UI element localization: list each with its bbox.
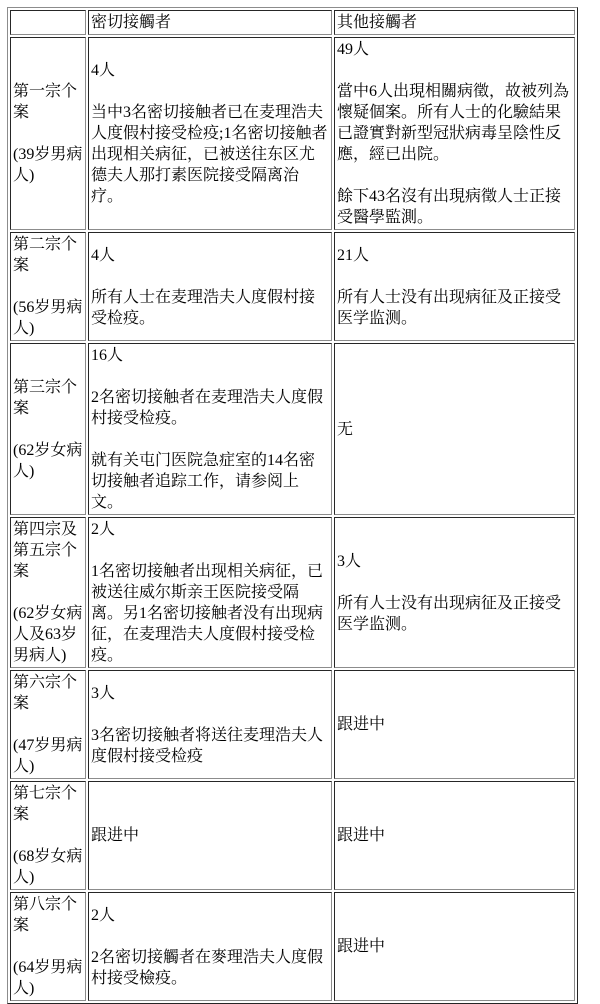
contacts-table: 密切接觸者 其他接觸者 第一宗个案 (39岁男病人) 4人 当中3名密切接触者已… xyxy=(7,7,578,1004)
table-row-case-2: 第二宗个案 (56岁男病人) 4人 所有人士在麦理浩夫人度假村接受检疫。 21人… xyxy=(10,232,575,341)
case-label: 第八宗个案 (64岁男病人) xyxy=(10,892,86,1001)
case-label: 第七宗个案 (68岁女病人) xyxy=(10,781,86,890)
case-label: 第四宗及第五宗个案 (62岁女病人及63岁男病人) xyxy=(10,517,86,668)
header-row: 密切接觸者 其他接觸者 xyxy=(10,10,575,35)
table-row-case-6: 第六宗个案 (47岁男病人) 3人 3名密切接触者将送往麦理浩夫人度假村接受检疫… xyxy=(10,670,575,779)
other-contacts-cell: 21人 所有人士没有出现病征及正接受医学监测。 xyxy=(334,232,575,341)
other-contacts-cell: 无 xyxy=(334,343,575,515)
header-other-contacts: 其他接觸者 xyxy=(334,10,575,35)
other-contacts-cell: 跟进中 xyxy=(334,892,575,1001)
table-row-case-7: 第七宗个案 (68岁女病人) 跟进中 跟进中 xyxy=(10,781,575,890)
header-close-contacts: 密切接觸者 xyxy=(88,10,332,35)
close-contacts-cell: 跟进中 xyxy=(88,781,332,890)
close-contacts-cell: 4人 所有人士在麦理浩夫人度假村接受检疫。 xyxy=(88,232,332,341)
other-contacts-cell: 跟进中 xyxy=(334,670,575,779)
table-row-case-8: 第八宗个案 (64岁男病人) 2人 2名密切接觸者在麥理浩夫人度假村接受檢疫。 … xyxy=(10,892,575,1001)
close-contacts-cell: 3人 3名密切接触者将送往麦理浩夫人度假村接受检疫 xyxy=(88,670,332,779)
page: 密切接觸者 其他接觸者 第一宗个案 (39岁男病人) 4人 当中3名密切接触者已… xyxy=(0,0,600,1004)
table-row-case-4-5: 第四宗及第五宗个案 (62岁女病人及63岁男病人) 2人 1名密切接触者出现相关… xyxy=(10,517,575,668)
close-contacts-cell: 2人 1名密切接触者出现相关病征，已被送往威尔斯亲王医院接受隔离。另1名密切接触… xyxy=(88,517,332,668)
case-label: 第一宗个案 (39岁男病人) xyxy=(10,37,86,230)
case-label: 第六宗个案 (47岁男病人) xyxy=(10,670,86,779)
header-case-cell xyxy=(10,10,86,35)
table-row-case-3: 第三宗个案 (62岁女病人) 16人 2名密切接触者在麦理浩夫人度假村接受检疫。… xyxy=(10,343,575,515)
table-row-case-1: 第一宗个案 (39岁男病人) 4人 当中3名密切接触者已在麦理浩夫人度假村接受检… xyxy=(10,37,575,230)
close-contacts-cell: 4人 当中3名密切接触者已在麦理浩夫人度假村接受检疫;1名密切接触者出现相关病征… xyxy=(88,37,332,230)
close-contacts-cell: 16人 2名密切接触者在麦理浩夫人度假村接受检疫。 就有关屯门医院急症室的14名… xyxy=(88,343,332,515)
close-contacts-cell: 2人 2名密切接觸者在麥理浩夫人度假村接受檢疫。 xyxy=(88,892,332,1001)
other-contacts-cell: 跟进中 xyxy=(334,781,575,890)
case-label: 第三宗个案 (62岁女病人) xyxy=(10,343,86,515)
other-contacts-cell: 3人 所有人士没有出现病征及正接受医学监测。 xyxy=(334,517,575,668)
other-contacts-cell: 49人 當中6人出現相關病徵，故被列為懷疑個案。所有人士的化驗結果已證實對新型冠… xyxy=(334,37,575,230)
case-label: 第二宗个案 (56岁男病人) xyxy=(10,232,86,341)
